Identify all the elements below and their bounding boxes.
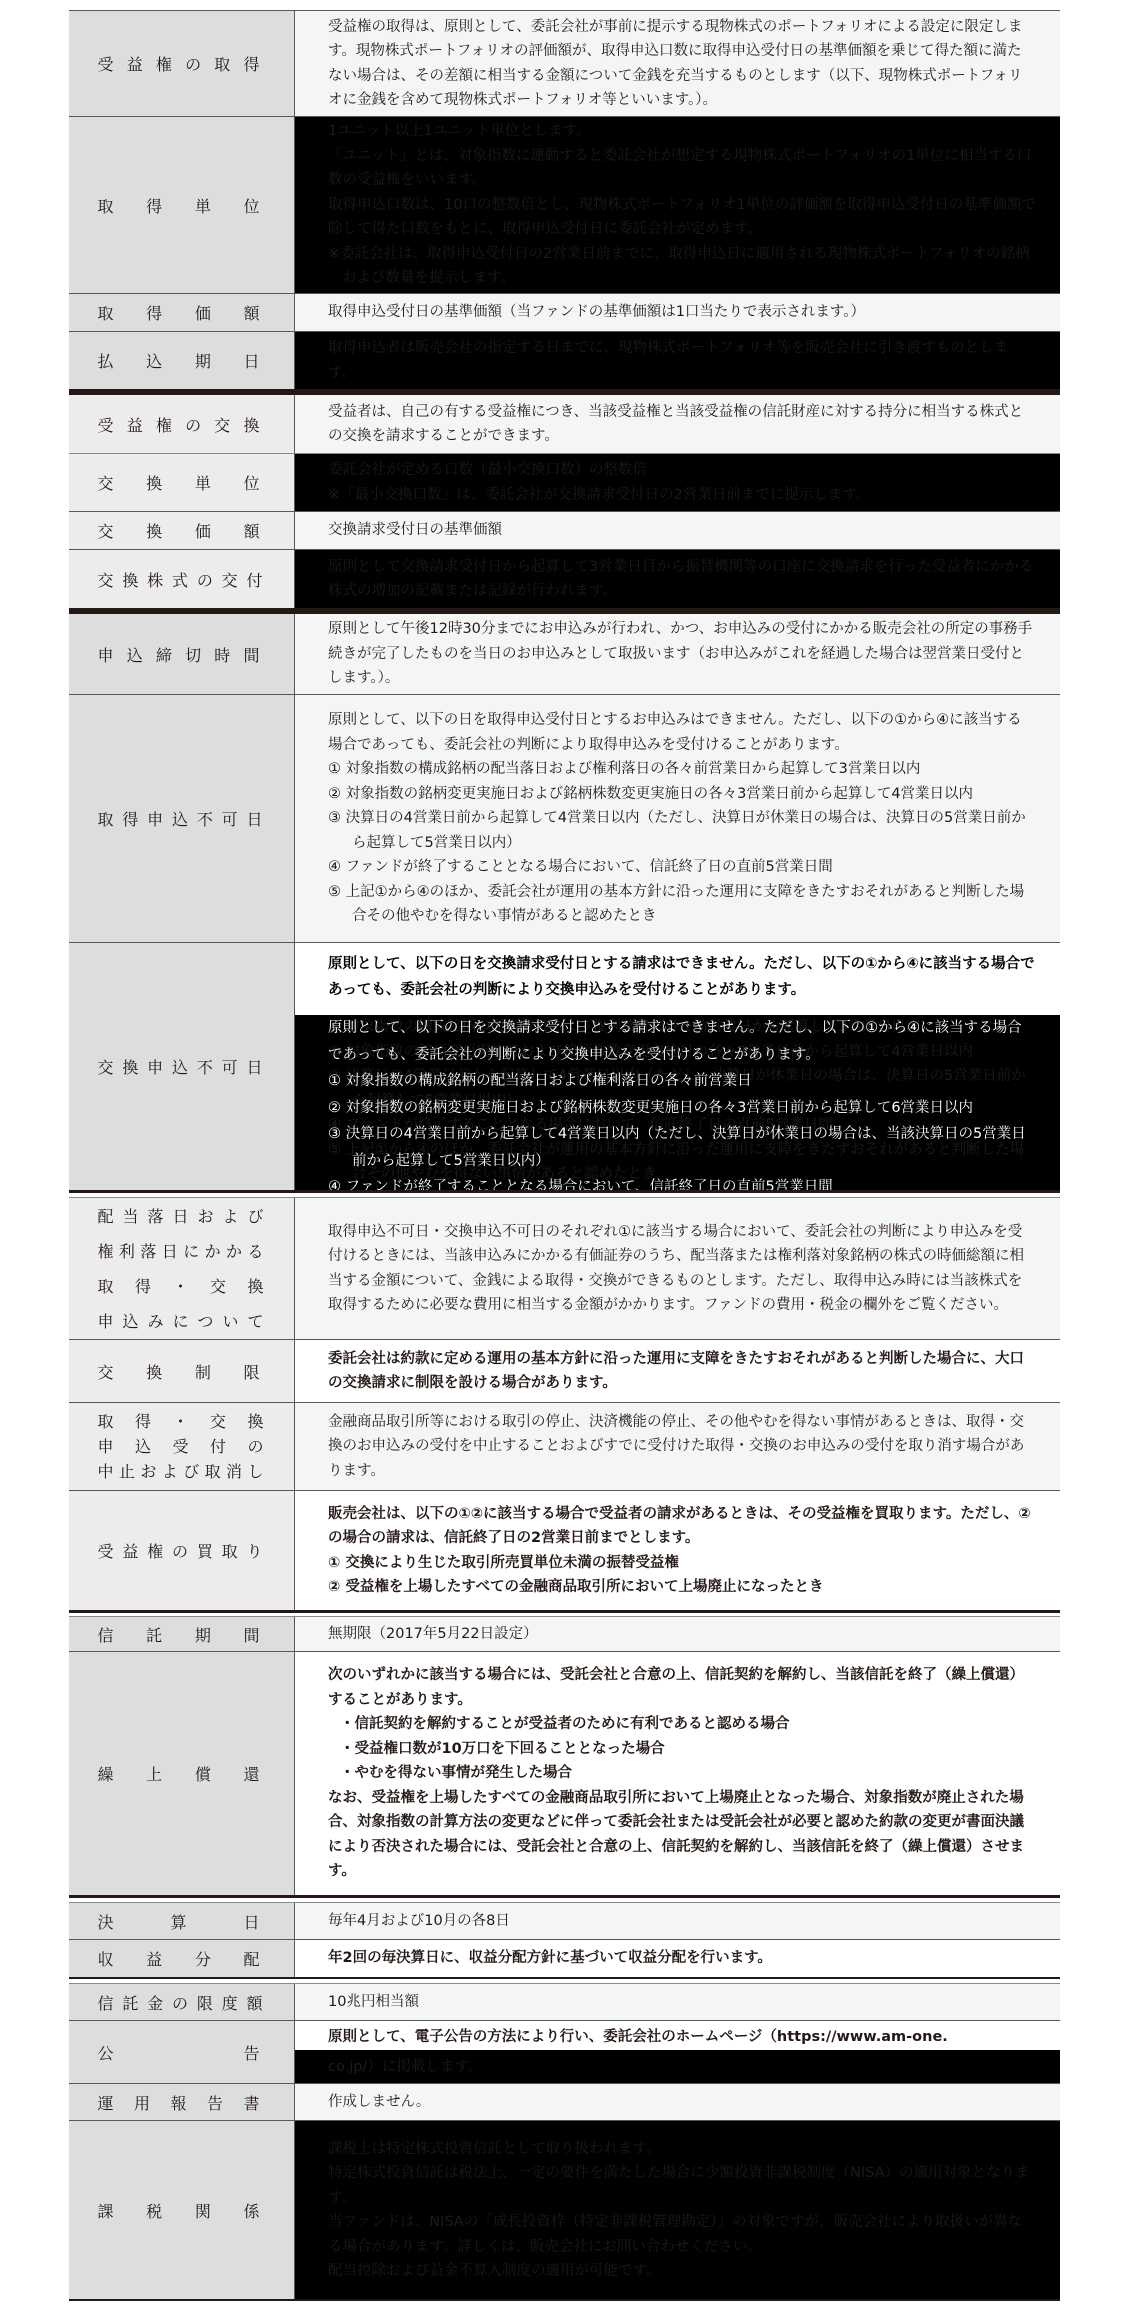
row-value: 受益権の取得は、原則として、委託会社が事前に提示する現物株式のポートフォリオによ… (295, 11, 1060, 116)
row-management-report: 運用報告書 作成しません。 (69, 2084, 1060, 2120)
row-label: 交換申込不可日 (69, 943, 295, 1190)
row-value: 委託会社は約款に定める運用の基本方針に沿った運用に支障をきたすおそれがあると判断… (295, 1340, 1060, 1402)
row-acquisition-blackout: 取得申込不可日 原則として、以下の日を取得申込受付日とするお申込みはできません。… (69, 695, 1060, 942)
row-ex-dividend: 配当落日および 権利落日にかかる 取得・交換 申込みについて 取得申込不可日・交… (69, 1198, 1060, 1339)
table-bottom-border (69, 2299, 1060, 2301)
row-value: 金融商品取引所等における取引の停止、決済機能の停止、その他やむを得ない事情がある… (295, 1403, 1060, 1490)
row-acquisition: 受益権の取得 受益権の取得は、原則として、委託会社が事前に提示する現物株式のポー… (69, 11, 1060, 116)
row-label: 取得申込不可日 (69, 695, 295, 942)
row-label: 取得価額 (69, 294, 295, 331)
row-label: 信託金の限度額 (69, 1984, 295, 2020)
glitch-foreground-text: 原則として、以下の日を交換請求受付日とする請求はできません。ただし、以下の①から… (328, 1015, 1036, 1190)
row-distribution: 収益分配 年2回の毎決算日に、収益分配方針に基づいて収益分配を行います。 (69, 1940, 1060, 1977)
row-exchange-price: 交換価額 交換請求受付日の基準価額 (69, 512, 1060, 549)
row-label: 申込締切時間 (69, 614, 295, 694)
row-acquisition-unit: 取得単位 1ユニット以上1ユニット単位とします。 「ユニット」とは、対象指数に連… (69, 117, 1060, 293)
group-separator (69, 1977, 1060, 1979)
row-value: 年2回の毎決算日に、収益分配方針に基づいて収益分配を行います。 (295, 1940, 1060, 1977)
row-label: 受益権の買取り (69, 1491, 295, 1610)
row-cutoff-time: 申込締切時間 原則として午後12時30分までにお申込みが行われ、かつ、お申込みの… (69, 614, 1060, 694)
row-label: 信託期間 (69, 1617, 295, 1651)
row-exchange-limit: 交換制限 委託会社は約款に定める運用の基本方針に沿った運用に支障をきたすおそれが… (69, 1340, 1060, 1402)
row-value: 販売会社は、以下の①②に該当する場合で受益者の請求があるときは、その受益権を買取… (295, 1491, 1060, 1610)
row-value: 交換請求受付日の基準価額 (295, 512, 1060, 549)
row-value-redacted: 課税上は特定株式投資信託として取り扱われます。 特定株式投資信託は税法上、一定の… (295, 2121, 1060, 2299)
row-label: 配当落日および 権利落日にかかる 取得・交換 申込みについて (69, 1198, 295, 1339)
row-label: 交換株式の交付 (69, 550, 295, 608)
group-separator (69, 1895, 1060, 1898)
group-separator (69, 1190, 1060, 1193)
row-suspension: 取得・交換 申込受付の 中止および取消し 金融商品取引所等における取引の停止、決… (69, 1403, 1060, 1490)
row-label: 課税関係 (69, 2121, 295, 2299)
glitch-top-text: 原則として、以下の日を交換請求受付日とする請求はできません。ただし、以下の①から… (295, 943, 1060, 1015)
row-value-glitched: 原則として、以下の日を交換請求受付日とする請求はできません。ただし、以下の①から… (295, 943, 1060, 1190)
row-value: 無期限（2017年5月22日設定） (295, 1617, 1060, 1651)
row-exchange: 受益権の交換 受益者は、自己の有する受益権につき、当該受益権と当該受益権の信託財… (69, 395, 1060, 453)
row-value-redacted: 原則として交換請求受付日から起算して3営業日目から振替機関等の口座に交換請求を行… (295, 550, 1060, 608)
row-label: 取得・交換 申込受付の 中止および取消し (69, 1403, 295, 1490)
row-taxation: 課税関係 課税上は特定株式投資信託として取り扱われます。 特定株式投資信託は税法… (69, 2121, 1060, 2299)
row-value: 取得申込不可日・交換申込不可日のそれぞれ①に該当する場合において、委託会社の判断… (295, 1198, 1060, 1339)
row-value: 原則として、電子公告の方法により行い、委託会社のホームページ（https://w… (295, 2021, 1060, 2083)
row-label: 公告 (69, 2021, 295, 2083)
row-value: 10兆円相当額 (295, 1984, 1060, 2020)
row-label: 受益権の取得 (69, 11, 295, 116)
row-payment-date: 払込期日 取得申込者は販売会社の指定する日までに、現物株式ポートフォリオ等を販売… (69, 332, 1060, 389)
row-label: 受益権の交換 (69, 395, 295, 453)
row-trust-period: 信託期間 無期限（2017年5月22日設定） (69, 1617, 1060, 1651)
row-exchange-unit: 交換単位 委託会社が定める口数（最小交換口数）の整数倍 ※「最小交換口数」は、委… (69, 454, 1060, 511)
row-label: 交換価額 (69, 512, 295, 549)
row-value: 次のいずれかに該当する場合には、受託会社と合意の上、信託契約を解約し、当該信託を… (295, 1652, 1060, 1895)
row-value-redacted: 取得申込者は販売会社の指定する日までに、現物株式ポートフォリオ等を販売会社に引き… (295, 332, 1060, 389)
row-label: 運用報告書 (69, 2084, 295, 2120)
row-value: 作成しません。 (295, 2084, 1060, 2120)
row-label: 交換単位 (69, 454, 295, 511)
row-value: 毎年4月および10月の各8日 (295, 1903, 1060, 1939)
row-exchange-blackout: 交換申込不可日 原則として、以下の日を交換請求受付日とする請求はできません。ただ… (69, 943, 1060, 1190)
row-buyback: 受益権の買取り 販売会社は、以下の①②に該当する場合で受益者の請求があるときは、… (69, 1491, 1060, 1610)
row-value-redacted: 1ユニット以上1ユニット単位とします。 「ユニット」とは、対象指数に連動すると委… (295, 117, 1060, 293)
row-value: 受益者は、自己の有する受益権につき、当該受益権と当該受益権の信託財産に対する持分… (295, 395, 1060, 453)
row-label: 繰上償還 (69, 1652, 295, 1895)
row-value-redacted: 委託会社が定める口数（最小交換口数）の整数倍 ※「最小交換口数」は、委託会社が交… (295, 454, 1060, 511)
row-public-notice: 公告 原則として、電子公告の方法により行い、委託会社のホームページ（https:… (69, 2021, 1060, 2083)
row-value: 原則として、以下の日を取得申込受付日とするお申込みはできません。ただし、以下の①… (295, 695, 1060, 942)
row-value: 原則として午後12時30分までにお申込みが行われ、かつ、お申込みの受付にかかる販… (295, 614, 1060, 694)
row-label: 交換制限 (69, 1340, 295, 1402)
redacted-line: co.jp/）に掲載します。 (295, 2050, 1060, 2083)
row-trust-limit: 信託金の限度額 10兆円相当額 (69, 1984, 1060, 2020)
row-acquisition-price: 取得価額 取得申込受付日の基準価額（当ファンドの基準価額は1口当たりで表示されま… (69, 294, 1060, 331)
group-separator (69, 1610, 1060, 1613)
row-label: 取得単位 (69, 117, 295, 293)
row-settlement-date: 決算日 毎年4月および10月の各8日 (69, 1903, 1060, 1939)
row-label: 決算日 (69, 1903, 295, 1939)
row-early-redemption: 繰上償還 次のいずれかに該当する場合には、受託会社と合意の上、信託契約を解約し、… (69, 1652, 1060, 1895)
row-label: 払込期日 (69, 332, 295, 389)
row-exchange-delivery: 交換株式の交付 原則として交換請求受付日から起算して3営業日目から振替機関等の口… (69, 550, 1060, 608)
row-value: 取得申込受付日の基準価額（当ファンドの基準価額は1口当たりで表示されます。） (295, 294, 1060, 331)
row-label: 収益分配 (69, 1940, 295, 1977)
